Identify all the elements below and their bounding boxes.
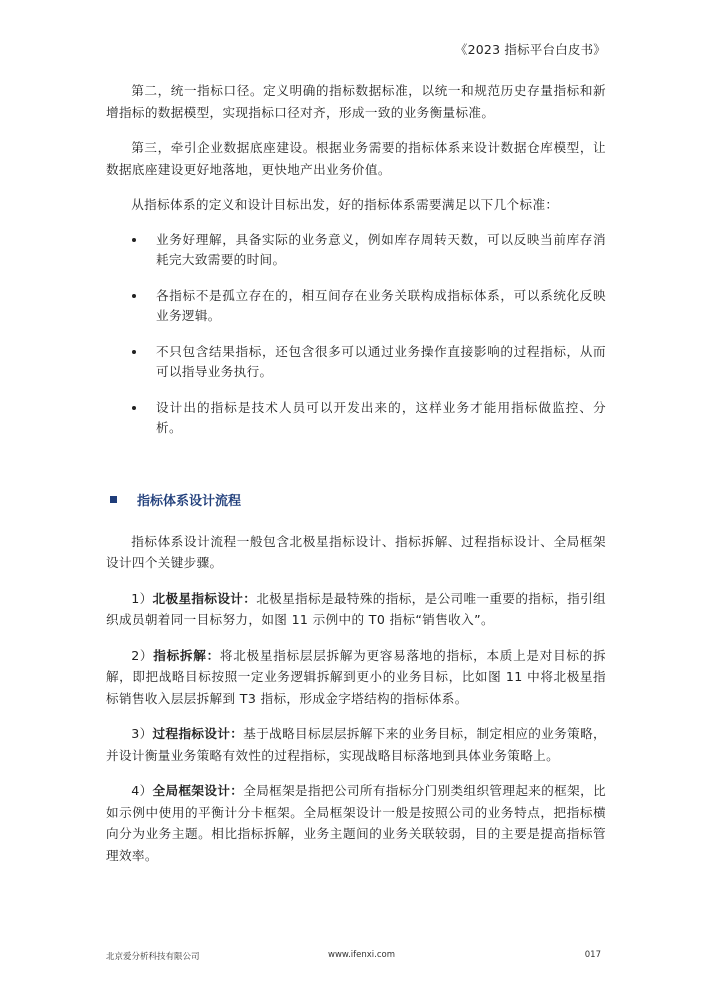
section-heading-text: 指标体系设计流程 [137, 490, 241, 509]
step-number: 1） [131, 591, 152, 606]
paragraph-third: 第三，牵引企业数据底座建设。根据业务需要的指标体系来设计数据仓库模型，让数据底座… [106, 137, 606, 180]
criteria-text: 不只包含结果指标，还包含很多可以通过业务操作直接影响的过程指标，从而可以指导业务… [156, 344, 606, 379]
square-bullet-icon [110, 496, 117, 503]
criteria-item: 设计出的指标是技术人员可以开发出来的，这样业务才能用指标做监控、分析。 [106, 398, 606, 438]
page-content: 第二，统一指标口径。定义明确的指标数据标准，以统一和规范历史存量指标和新增指标的… [106, 80, 606, 866]
criteria-list: 业务好理解，具备实际的业务意义，例如库存周转天数，可以反映当前库存消耗完大致需要… [106, 230, 606, 438]
document-title-header: 《2023 指标平台白皮书》 [455, 40, 606, 58]
step-number: 4） [131, 783, 152, 798]
bullet-icon [132, 350, 136, 354]
paragraph-second: 第二，统一指标口径。定义明确的指标数据标准，以统一和规范历史存量指标和新增指标的… [106, 80, 606, 123]
page-number: 017 [585, 950, 601, 960]
step-label: 全局框架设计： [153, 783, 244, 798]
criteria-item: 业务好理解，具备实际的业务意义，例如库存周转天数，可以反映当前库存消耗完大致需要… [106, 230, 606, 270]
bullet-icon [132, 294, 136, 298]
footer-website-link[interactable]: www.ifenxi.com [328, 950, 395, 960]
step-paragraph: 3）过程指标设计：基于战略目标层层拆解下来的业务目标，制定相应的业务策略，并设计… [106, 723, 606, 766]
footer-company: 北京爱分析科技有限公司 [106, 950, 200, 962]
step-paragraph: 4）全局框架设计：全局框架是指把公司所有指标分门别类组织管理起来的框架，比如示例… [106, 780, 606, 866]
step-label: 过程指标设计： [153, 726, 244, 741]
step-label: 北极星指标设计： [153, 591, 257, 606]
criteria-item: 不只包含结果指标，还包含很多可以通过业务操作直接影响的过程指标，从而可以指导业务… [106, 342, 606, 382]
paragraph-criteria-intro: 从指标体系的定义和设计目标出发，好的指标体系需要满足以下几个标准： [106, 194, 606, 216]
section-intro: 指标体系设计流程一般包含北极星指标设计、指标拆解、过程指标设计、全局框架设计四个… [106, 531, 606, 574]
step-paragraph: 2）指标拆解：将北极星指标层层拆解为更容易落地的指标，本质上是对目标的拆解，即把… [106, 645, 606, 710]
bullet-icon [132, 238, 136, 242]
step-paragraph: 1）北极星指标设计：北极星指标是最特殊的指标，是公司唯一重要的指标，指引组织成员… [106, 588, 606, 631]
criteria-text: 各指标不是孤立存在的，相互间存在业务关联构成指标体系，可以系统化反映业务逻辑。 [156, 288, 606, 323]
step-number: 3） [131, 726, 152, 741]
criteria-item: 各指标不是孤立存在的，相互间存在业务关联构成指标体系，可以系统化反映业务逻辑。 [106, 286, 606, 326]
section-heading: 指标体系设计流程 [106, 490, 606, 509]
step-label: 指标拆解： [153, 648, 220, 663]
criteria-text: 业务好理解，具备实际的业务意义，例如库存周转天数，可以反映当前库存消耗完大致需要… [156, 232, 606, 267]
criteria-text: 设计出的指标是技术人员可以开发出来的，这样业务才能用指标做监控、分析。 [156, 400, 606, 435]
bullet-icon [132, 406, 136, 410]
step-number: 2） [131, 648, 153, 663]
